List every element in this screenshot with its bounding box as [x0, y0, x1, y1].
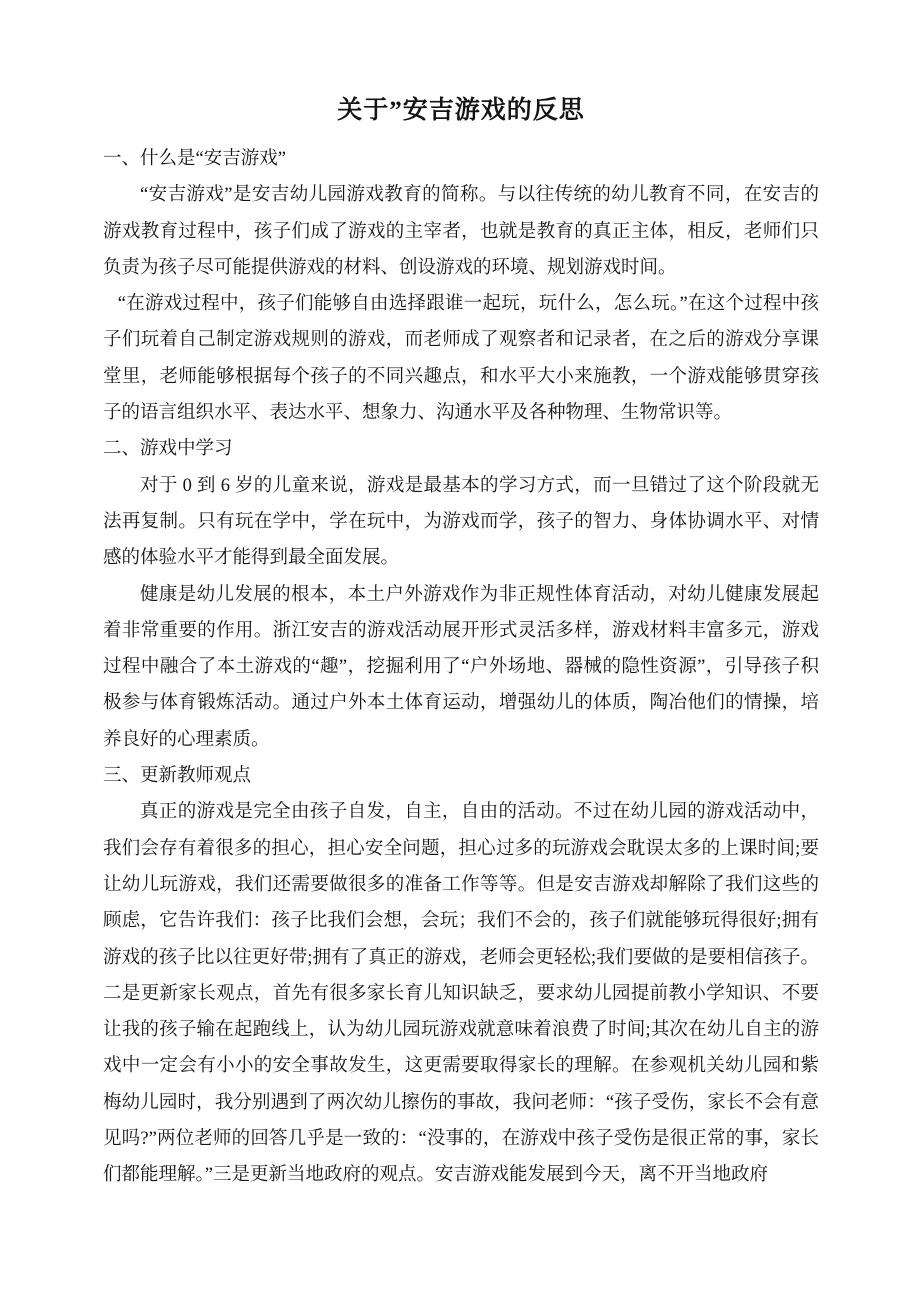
- document-page: 关于”安吉游戏的反思 一、什么是“安吉游戏” “安吉游戏”是安吉幼儿园游戏教育的…: [0, 0, 920, 1302]
- section-heading-3: 三、更新教师观点: [103, 758, 819, 794]
- section-heading-2: 二、游戏中学习: [103, 431, 819, 467]
- document-body: 关于”安吉游戏的反思 一、什么是“安吉游戏” “安吉游戏”是安吉幼儿园游戏教育的…: [103, 94, 819, 1194]
- body-paragraph: “在游戏过程中，孩子们能够自由选择跟谁一起玩，玩什么，怎么玩。”在这个过程中孩子…: [103, 286, 819, 431]
- body-paragraph: “安吉游戏”是安吉幼儿园游戏教育的简称。与以往传统的幼儿教育不同，在安吉的游戏教…: [103, 177, 819, 286]
- body-paragraph: 健康是幼儿发展的根本，本土户外游戏作为非正规性体育活动，对幼儿健康发展起着非常重…: [103, 577, 819, 758]
- body-paragraph: 真正的游戏是完全由孩子自发，自主，自由的活动。不过在幼儿园的游戏活动中，我们会存…: [103, 794, 819, 1193]
- document-title: 关于”安吉游戏的反思: [103, 94, 819, 128]
- section-heading-1: 一、什么是“安吉游戏”: [103, 141, 819, 177]
- body-paragraph: 对于 0 到 6 岁的儿童来说，游戏是最基本的学习方式，而一旦错过了这个阶段就无…: [103, 468, 819, 577]
